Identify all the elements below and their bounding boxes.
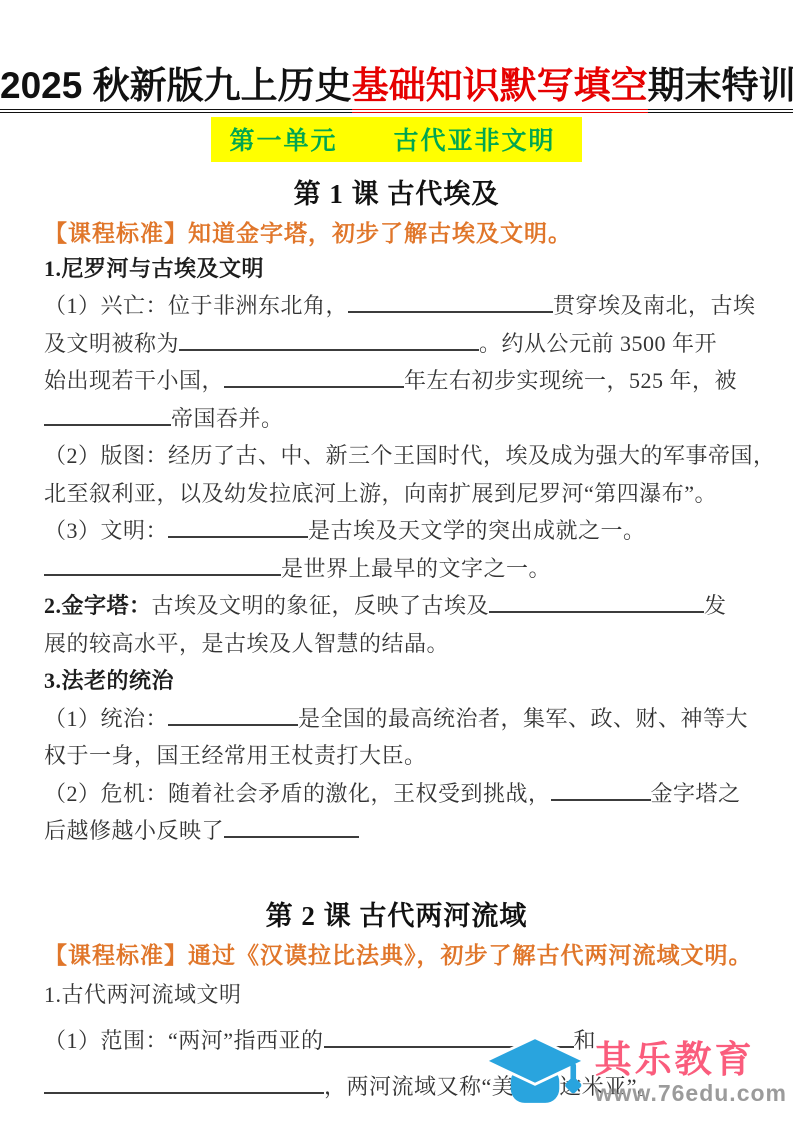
- worksheet-line: （2）危机：随着社会矛盾的激化，王权受到挑战，金字塔之: [44, 775, 763, 813]
- logo-brand-text: 其乐教育: [595, 1041, 787, 1080]
- fill-in-blank: [224, 815, 359, 838]
- text-run: 是世界上最早的文字之一。: [281, 556, 551, 581]
- text-run: 是全国的最高统治者，集军、政、财、神等大: [298, 706, 748, 731]
- lesson-2-heading: 第 2 课 古代两河流域: [0, 894, 793, 933]
- logo-url-text: www.76edu.com: [595, 1080, 787, 1107]
- unit-number-text: 第一单元: [229, 128, 337, 155]
- worksheet-line: 权于一身，国王经常用王杖责打大臣。: [44, 737, 763, 775]
- worksheet-line: 后越修越小反映了: [44, 812, 763, 850]
- worksheet-line: 是世界上最早的文字之一。: [44, 550, 763, 588]
- text-run: （3）文明：: [44, 518, 168, 543]
- unit-banner-row: 第一单元古代亚非文明: [0, 117, 793, 162]
- text-run: 3.法老的统治: [44, 668, 174, 693]
- worksheet-page: 2025 秋新版九上历史基础知识默写填空期末特训 第一单元古代亚非文明 第 1 …: [0, 0, 793, 1122]
- text-run: （1）范围：“两河”指西亚的: [44, 1028, 324, 1053]
- text-run: 帝国吞并。: [171, 406, 284, 431]
- title-highlight-text: 基础知识默写填空: [352, 65, 648, 113]
- worksheet-line: 3.法老的统治: [44, 662, 763, 700]
- text-run: 2.金字塔：: [44, 593, 152, 618]
- text-run: 。约从公元前 3500 年开: [479, 331, 717, 356]
- text-run: （1）兴亡：位于非洲东北角，: [44, 293, 348, 318]
- unit-banner: 第一单元古代亚非文明: [211, 117, 581, 162]
- logo-text-block: 其乐教育 www.76edu.com: [595, 1041, 787, 1107]
- fill-in-blank: [44, 553, 281, 576]
- worksheet-line: 始出现若干小国，年左右初步实现统一，525 年，被: [44, 362, 763, 400]
- worksheet-line: 北至叙利亚，以及幼发拉底河上游，向南扩展到尼罗河“第四瀑布”。: [44, 475, 763, 513]
- text-run: 后越修越小反映了: [44, 818, 224, 843]
- worksheet-line: 2.金字塔：古埃及文明的象征，反映了古埃及发: [44, 587, 763, 625]
- fill-in-blank: [348, 290, 553, 313]
- text-run: 发: [704, 593, 727, 618]
- fill-in-blank: [168, 515, 308, 538]
- graduation-cap-icon: [479, 1030, 591, 1118]
- fill-in-blank: [44, 1071, 324, 1094]
- text-run: 权于一身，国王经常用王杖责打大臣。: [44, 743, 427, 768]
- worksheet-line: （1）统治：是全国的最高统治者，集军、政、财、神等大: [44, 700, 763, 738]
- text-run: （2）危机：随着社会矛盾的激化，王权受到挑战，: [44, 781, 551, 806]
- fill-in-blank: [551, 778, 651, 801]
- text-run: 北至叙利亚，以及幼发拉底河上游，向南扩展到尼罗河“第四瀑布”。: [44, 481, 717, 506]
- text-run: 贯穿埃及南北，古埃: [553, 293, 756, 318]
- worksheet-line: （3）文明：是古埃及天文学的突出成就之一。: [44, 512, 763, 550]
- text-run: （1）统治：: [44, 706, 168, 731]
- worksheet-line: （2）版图：经历了古、中、新三个王国时代，埃及成为强大的军事帝国，: [44, 437, 763, 475]
- worksheet-line: 及文明被称为。约从公元前 3500 年开: [44, 325, 763, 363]
- text-run: （2）版图：经历了古、中、新三个王国时代，埃及成为强大的军事帝国，: [44, 443, 776, 468]
- fill-in-blank: [224, 365, 404, 388]
- text-run: 1.古代两河流域文明: [44, 982, 242, 1007]
- fill-in-blank: [489, 590, 704, 613]
- fill-in-blank: [44, 403, 171, 426]
- unit-name-text: 古代亚非文明: [394, 128, 556, 155]
- text-run: 是古埃及天文学的突出成就之一。: [308, 518, 646, 543]
- fill-in-blank: [168, 703, 298, 726]
- worksheet-line: 1.古代两河流域文明: [44, 972, 763, 1018]
- title-left-text: 2025 秋新版九上历史: [0, 65, 352, 113]
- text-run: 古埃及文明的象征，反映了古埃及: [152, 593, 490, 618]
- worksheet-line: 1.尼罗河与古埃及文明: [44, 250, 763, 288]
- page-title: 2025 秋新版九上历史基础知识默写填空期末特训: [0, 0, 793, 107]
- lesson-1-course-standard: 【课程标准】知道金字塔，初步了解古埃及文明。: [0, 215, 793, 248]
- site-logo: 其乐教育 www.76edu.com: [479, 1030, 787, 1118]
- lesson-section-1: 第 1 课 古代埃及 【课程标准】知道金字塔，初步了解古埃及文明。 1.尼罗河与…: [0, 172, 793, 850]
- worksheet-line: （1）兴亡：位于非洲东北角，贯穿埃及南北，古埃: [44, 287, 763, 325]
- text-run: 1.尼罗河与古埃及文明: [44, 256, 264, 281]
- title-right-text: 期末特训: [648, 65, 793, 113]
- lesson-2-course-standard: 【课程标准】通过《汉谟拉比法典》，初步了解古代两河流域文明。: [0, 937, 793, 970]
- worksheet-line: 展的较高水平，是古埃及人智慧的结晶。: [44, 625, 763, 663]
- lesson-1-body: 1.尼罗河与古埃及文明（1）兴亡：位于非洲东北角，贯穿埃及南北，古埃及文明被称为…: [0, 250, 793, 850]
- text-run: 展的较高水平，是古埃及人智慧的结晶。: [44, 631, 449, 656]
- lesson-1-heading: 第 1 课 古代埃及: [0, 172, 793, 211]
- text-run: 年左右初步实现统一，525 年，被: [404, 368, 737, 393]
- text-run: 及文明被称为: [44, 331, 179, 356]
- text-run: 金字塔之: [651, 781, 741, 806]
- worksheet-line: 帝国吞并。: [44, 400, 763, 438]
- fill-in-blank: [179, 328, 479, 351]
- text-run: 始出现若干小国，: [44, 368, 224, 393]
